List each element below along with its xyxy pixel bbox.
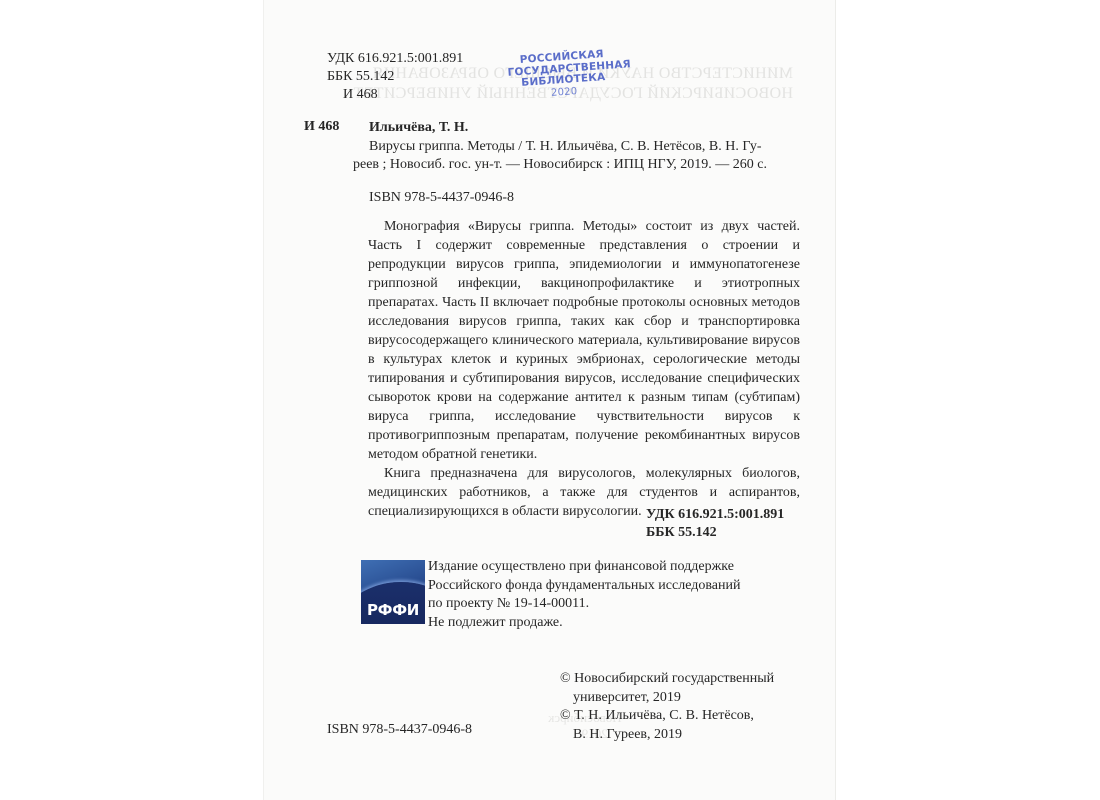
- udk-code: УДК 616.921.5:001.891: [327, 50, 463, 68]
- entry-title-line: реев ; Новосиб. гос. ун-т. — Новосибирск…: [353, 156, 792, 175]
- classification-codes-bottom: УДК 616.921.5:001.891 ББК 55.142: [646, 506, 784, 542]
- bbk-code: ББК 55.142: [327, 68, 463, 86]
- copyright-line: В. Н. Гуреев, 2019: [560, 726, 774, 745]
- copyright-line: © Т. Н. Ильичёва, С. В. Нетёсов,: [560, 707, 774, 726]
- bibliographic-entry: Ильичёва, Т. Н. Вирусы гриппа. Методы / …: [369, 119, 792, 175]
- annotation-paragraph: Монография «Вирусы гриппа. Методы» состо…: [368, 217, 800, 464]
- rffi-logo-text: РФФИ: [361, 601, 425, 619]
- entry-code: И 468: [304, 119, 339, 135]
- rffi-logo: РФФИ: [361, 560, 425, 624]
- funding-line: Издание осуществлено при финансовой подд…: [428, 558, 740, 577]
- isbn-bottom: ISBN 978-5-4437-0946-8: [327, 722, 472, 738]
- library-stamp: РОССИЙСКАЯ ГОСУДАРСТВЕННАЯ БИБЛИОТЕКА 20…: [507, 48, 620, 102]
- funding-note: Издание осуществлено при финансовой подд…: [428, 558, 740, 632]
- funding-line: Российского фонда фундаментальных исслед…: [428, 577, 740, 596]
- copyright-line: © Новосибирский государственный: [560, 670, 774, 689]
- annotation: Монография «Вирусы гриппа. Методы» состо…: [368, 217, 800, 521]
- udk-code-bottom: УДК 616.921.5:001.891: [646, 506, 784, 524]
- not-for-sale-note: Не подлежит продаже.: [428, 614, 740, 633]
- copyright-line: университет, 2019: [560, 689, 774, 708]
- entry-title-line: Вирусы гриппа. Методы / Т. Н. Ильичёва, …: [369, 138, 792, 157]
- copyright-block: © Новосибирский государственный универси…: [560, 670, 774, 744]
- entry-author: Ильичёва, Т. Н.: [369, 119, 792, 138]
- book-imprint-page: МИНИСТЕРСТВО НАУКИ И ВЫСШЕГО ОБРАЗОВАНИЯ…: [263, 0, 836, 800]
- bbk-code-bottom: ББК 55.142: [646, 524, 784, 542]
- funding-line: по проекту № 19-14-00011.: [428, 595, 740, 614]
- classification-codes: УДК 616.921.5:001.891 ББК 55.142 И 468: [327, 50, 463, 104]
- entry-isbn: ISBN 978-5-4437-0946-8: [369, 190, 514, 206]
- author-sign: И 468: [327, 86, 463, 104]
